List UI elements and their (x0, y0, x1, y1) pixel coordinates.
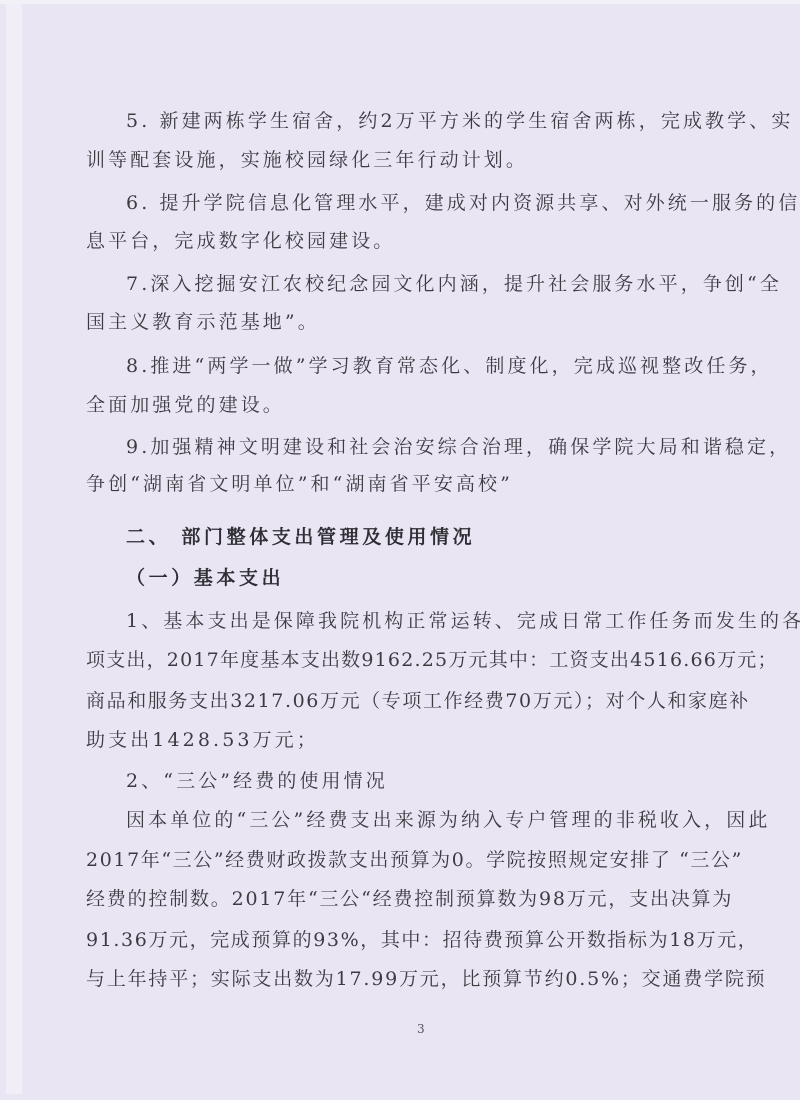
paragraph-line-item7-2: 国主义教育示范基地”。 (86, 310, 726, 334)
basic-expenditure-line-2: 项支出，2017年度基本支出数9162.25万元其中：工资支出4516.66万元… (86, 648, 726, 672)
paragraph-line-item6-2: 息平台，完成数字化校园建设。 (86, 229, 726, 253)
scan-edge-top (0, 0, 800, 4)
paragraph-line-item8-1: 8.推进“两学一做”学习教育常态化、制度化，完成巡视整改任务， (126, 354, 726, 378)
basic-expenditure-line-3: 商品和服务支出3217.06万元（专项工作经费70万元）；对个人和家庭补 (86, 689, 726, 713)
three-public-heading: 2、“三公”经费的使用情况 (126, 769, 726, 793)
paragraph-line-item8-2: 全面加强党的建设。 (86, 393, 726, 417)
section-heading: 二、 部门整体支出管理及使用情况 (126, 525, 726, 549)
paragraph-line-item5-2: 训等配套设施，实施校园绿化三年行动计划。 (86, 148, 726, 172)
three-public-line-5: 与上年持平；实际支出数为17.99万元，比预算节约0.5%；交通费学院预 (86, 967, 726, 991)
subsection-heading: （一）基本支出 (126, 566, 726, 590)
three-public-line-1: 因本单位的“三公”经费支出来源为纳入专户管理的非税收入，因此 (126, 808, 726, 832)
three-public-line-4: 91.36万元，完成预算的93%，其中：招待费预算公开数指标为18万元， (86, 928, 726, 952)
scan-edge-left (6, 4, 22, 1094)
three-public-line-3: 经费的控制数。2017年“三公“经费控制预算数为98万元，支出决算为 (86, 887, 726, 911)
paragraph-line-item7-1: 7.深入挖掘安江农校纪念园文化内涵，提升社会服务水平，争创“全 (126, 272, 726, 296)
paragraph-line-item9-1: 9.加强精神文明建设和社会治安综合治理，确保学院大局和谐稳定， (126, 435, 726, 459)
basic-expenditure-line-4: 助支出1428.53万元； (86, 728, 726, 752)
document-page: 5. 新建两栋学生宿舍，约2万平方米的学生宿舍两栋，完成教学、实 训等配套设施，… (0, 0, 800, 1100)
paragraph-line-item5-1: 5. 新建两栋学生宿舍，约2万平方米的学生宿舍两栋，完成教学、实 (126, 109, 726, 133)
paragraph-line-item6-1: 6. 提升学院信息化管理水平，建成对内资源共享、对外统一服务的信 (126, 191, 726, 215)
paragraph-line-item9-2: 争创“湖南省文明单位”和“湖南省平安高校” (86, 472, 726, 496)
three-public-line-2: 2017年“三公”经费财政拨款支出预算为0。学院按照规定安排了 “三公” (86, 848, 726, 872)
basic-expenditure-line-1: 1、基本支出是保障我院机构正常运转、完成日常工作任务而发生的各 (126, 609, 726, 633)
page-number: 3 (417, 1022, 425, 1036)
